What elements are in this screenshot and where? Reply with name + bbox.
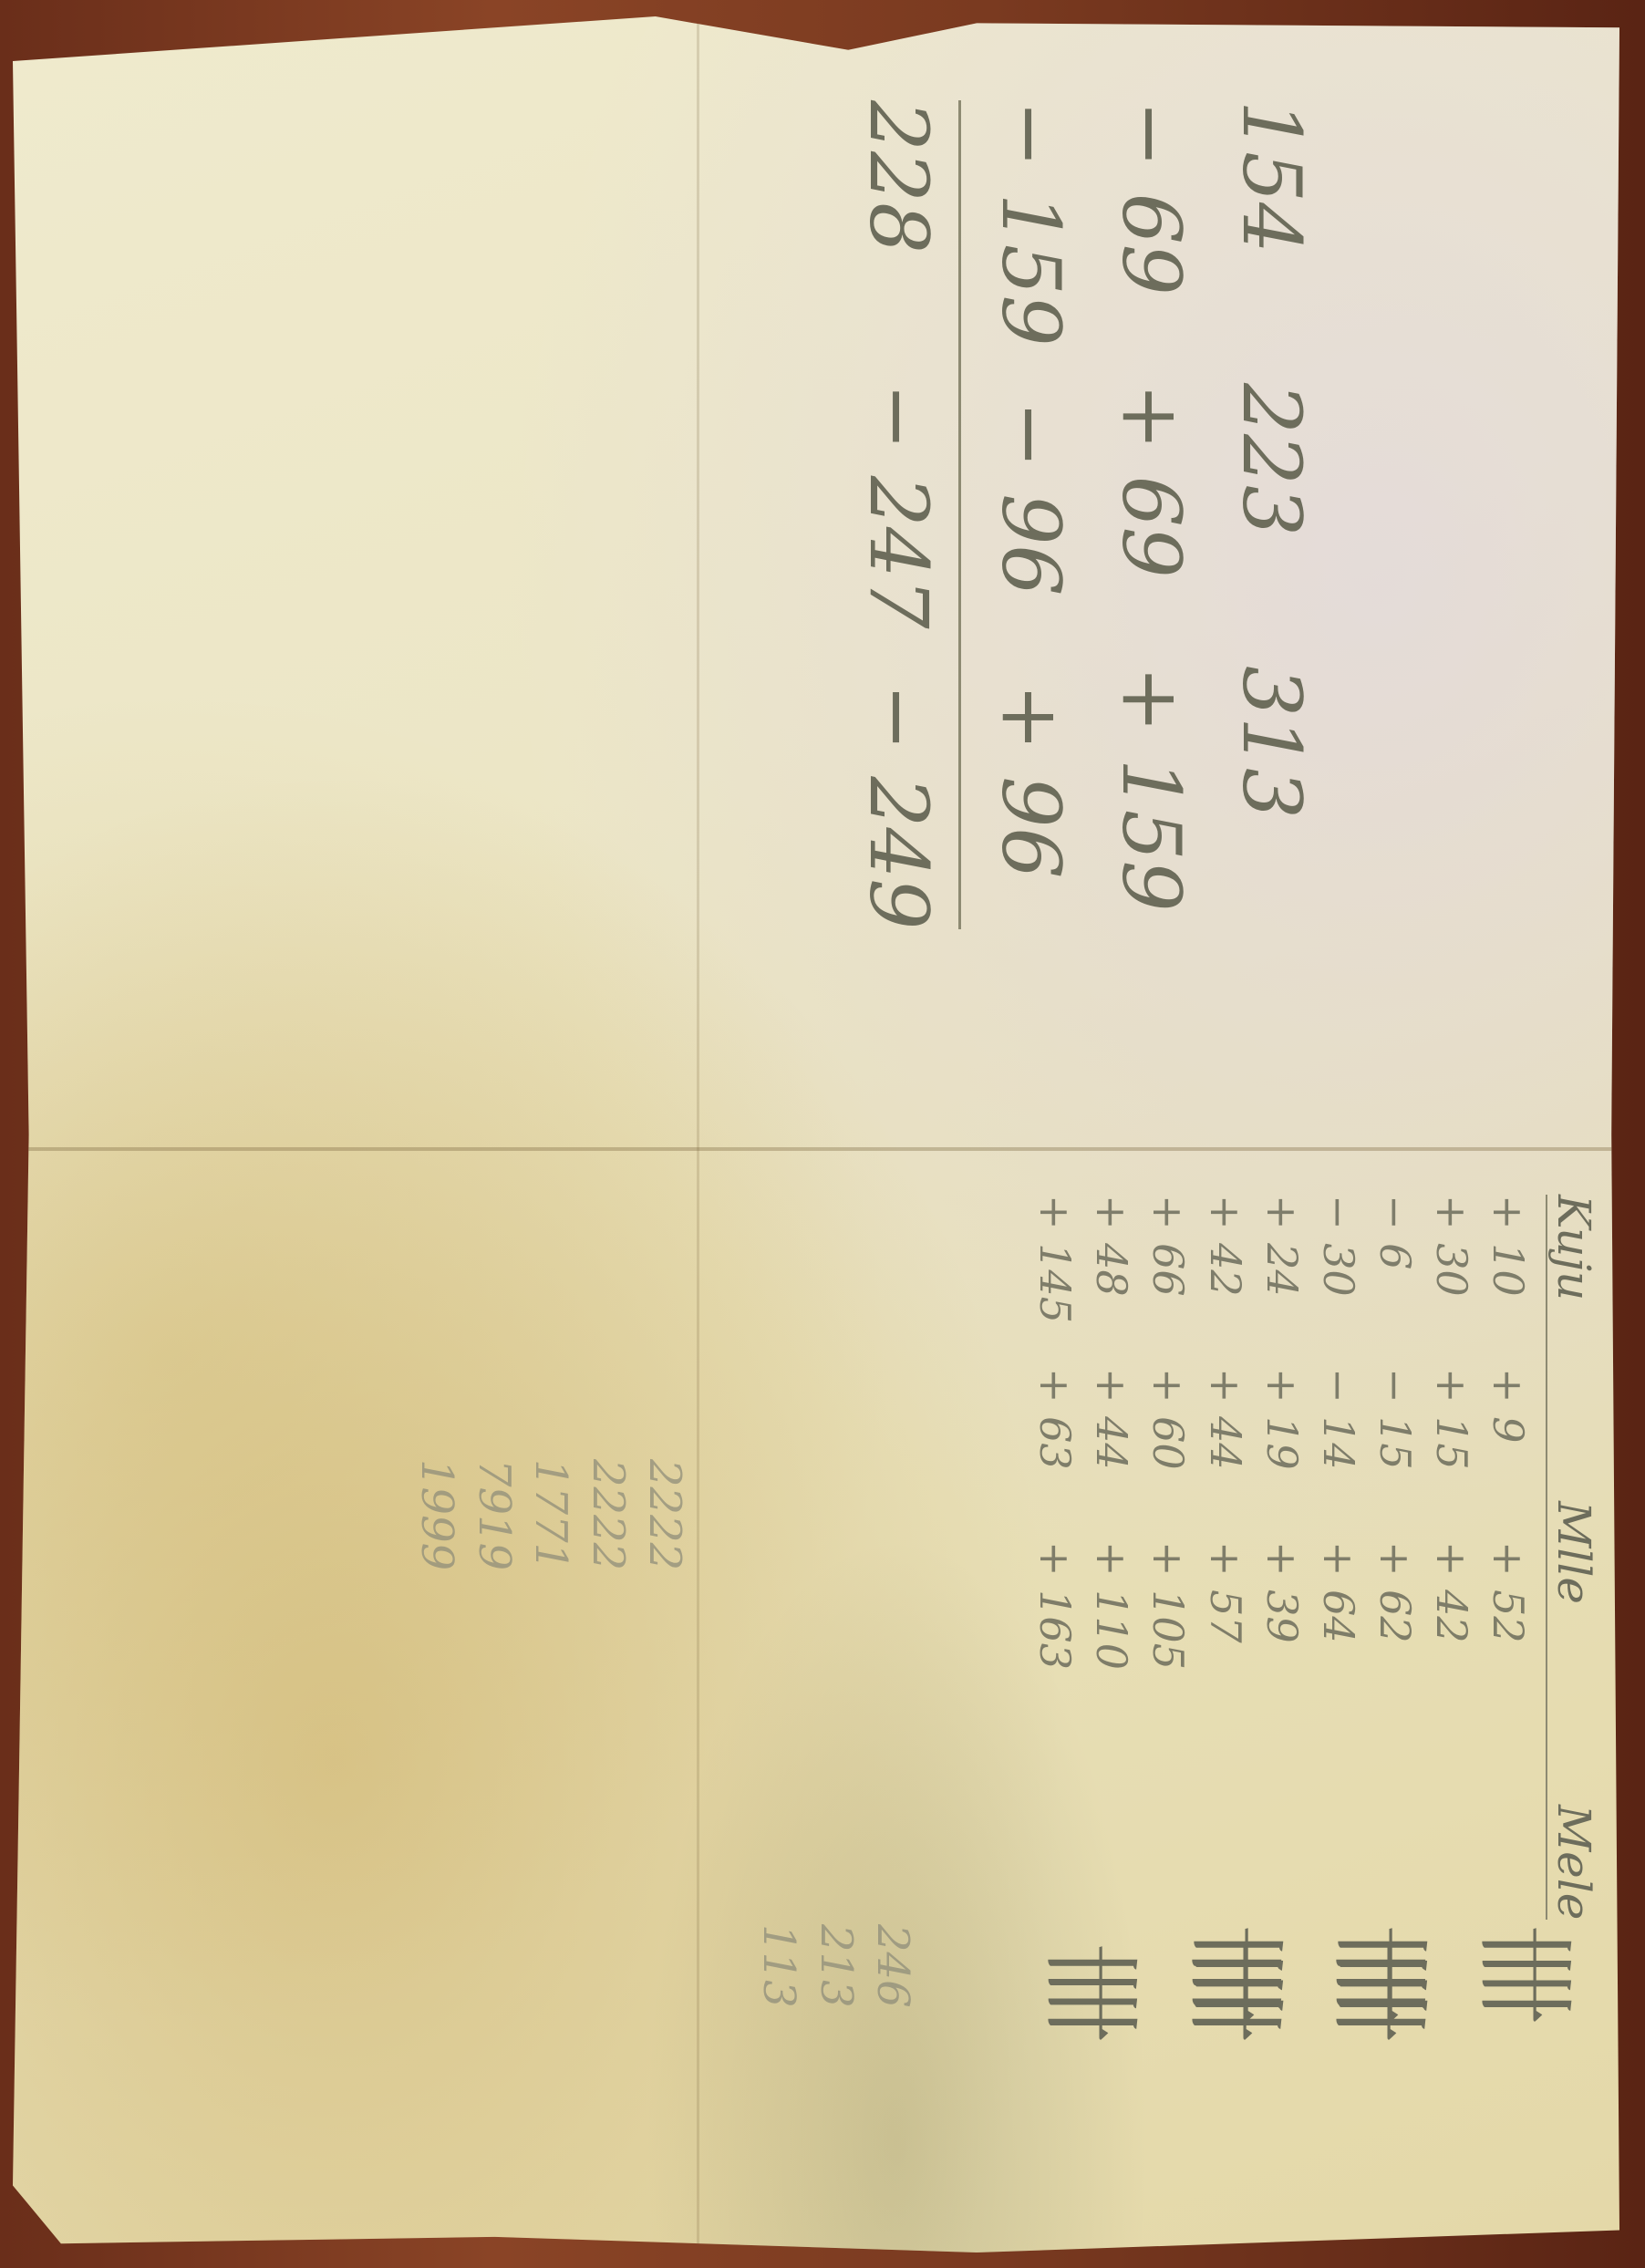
upper-totals-row: 228 − 247 − 249	[838, 100, 961, 929]
cell: + 64	[1310, 1541, 1367, 1678]
subtotal: 113	[750, 1924, 807, 2008]
tally-mark: 卌	[1032, 1942, 1149, 2061]
cell: + 57	[1196, 1541, 1253, 1678]
horizontal-fold	[13, 1147, 1619, 1151]
faint-col: 1771	[522, 1459, 579, 1570]
faint-col: 7919	[465, 1459, 522, 1570]
lower-row: + 66+ 60+ 105	[1140, 1195, 1196, 1920]
cell: + 19	[1254, 1368, 1310, 1505]
cell: 223	[1211, 383, 1331, 611]
cell: + 52	[1480, 1541, 1536, 1678]
total-cell: − 247	[838, 383, 958, 629]
lower-row: − 6− 15+ 62	[1367, 1195, 1423, 1920]
total-cell: 228	[838, 100, 958, 328]
upper-row-2: − 69 + 69 + 159	[1091, 100, 1211, 929]
tally-mark: 卌	[1176, 1942, 1293, 2061]
cell: + 60	[1140, 1368, 1196, 1505]
header-cell: Kuju	[1547, 1195, 1600, 1300]
cell: + 110	[1083, 1541, 1140, 1678]
cell: 154	[1211, 100, 1331, 328]
lower-row: + 48+ 44+ 110	[1083, 1195, 1140, 1920]
subtotal: 213	[807, 1924, 864, 2008]
cell: + 10	[1480, 1195, 1536, 1331]
cell: + 44	[1083, 1368, 1140, 1505]
cell: + 39	[1254, 1541, 1310, 1678]
upper-row-3: − 159 − 96 + 96	[970, 100, 1091, 929]
lower-row: + 145+ 63+ 163	[1027, 1195, 1083, 1920]
lower-row: + 30+ 15+ 42	[1423, 1195, 1480, 1920]
header-cell: Mele	[1547, 1805, 1600, 1920]
cell: − 14	[1310, 1368, 1367, 1505]
cell: + 62	[1367, 1541, 1423, 1678]
cell: + 96	[970, 684, 1091, 912]
cell: + 48	[1083, 1195, 1140, 1331]
subtotal: 246	[864, 1924, 921, 2008]
cell: + 24	[1254, 1195, 1310, 1331]
cell: − 69	[1091, 100, 1211, 328]
cell: + 66	[1140, 1195, 1196, 1331]
header-cell: Mlle	[1547, 1501, 1600, 1604]
tally-mark: 卌	[1466, 1924, 1583, 2043]
lower-row: + 10+ 9+ 52	[1480, 1195, 1536, 1920]
faint-col: 1999	[409, 1459, 465, 1570]
faint-number-columns: 2222 2222 1771 7919 1999	[409, 1459, 693, 1570]
cell: + 145	[1027, 1195, 1083, 1331]
lower-headers: Kuju Mlle Mele	[1546, 1195, 1600, 1920]
subtotal-column: 246 213 113	[750, 1924, 921, 2008]
cell: + 15	[1423, 1368, 1480, 1505]
cell: + 163	[1027, 1541, 1083, 1678]
lower-calculation-block: Kuju Mlle Mele + 10+ 9+ 52 + 30+ 15+ 42 …	[1027, 1195, 1600, 1920]
cell: + 159	[1091, 666, 1211, 912]
cell: − 30	[1310, 1195, 1367, 1331]
cell: 313	[1211, 666, 1331, 894]
faint-col: 2222	[579, 1459, 636, 1570]
cell: − 6	[1367, 1195, 1423, 1331]
cell: + 44	[1196, 1368, 1253, 1505]
cell: + 9	[1480, 1368, 1536, 1505]
cell: + 69	[1091, 383, 1211, 611]
cell: + 105	[1140, 1541, 1196, 1678]
cell: + 42	[1423, 1541, 1480, 1678]
total-cell: − 249	[838, 684, 958, 930]
cell: + 30	[1423, 1195, 1480, 1331]
tally-mark: 卌	[1320, 1942, 1437, 2061]
faint-col: 2222	[636, 1459, 693, 1570]
lower-row: + 24+ 19+ 39	[1254, 1195, 1310, 1920]
upper-calculation-block: 154 223 313 − 69 + 69 + 159 − 159 − 96 +…	[838, 100, 1331, 929]
lower-row: + 42+ 44+ 57	[1196, 1195, 1253, 1920]
cell: + 63	[1027, 1368, 1083, 1505]
cell: − 159	[970, 100, 1091, 347]
cell: + 42	[1196, 1195, 1253, 1331]
cell: − 15	[1367, 1368, 1423, 1505]
upper-row-1: 154 223 313	[1211, 100, 1331, 929]
lower-row: − 30− 14+ 64	[1310, 1195, 1367, 1920]
vertical-fold	[697, 16, 699, 2252]
tally-marks-row-2: 卌 卌 卌	[1027, 1942, 1459, 2128]
cell: − 96	[970, 401, 1091, 629]
